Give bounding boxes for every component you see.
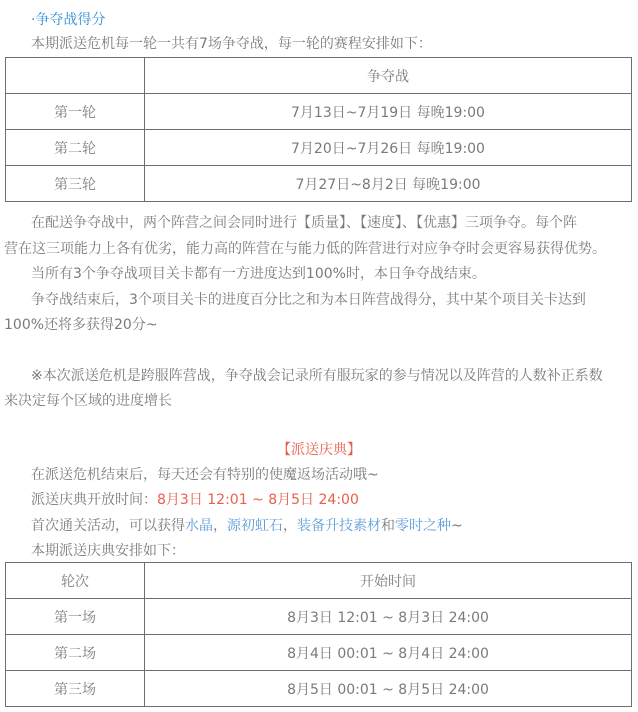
note-line: ※本次派送危机是跨服阵营战，争夺战会记录所有服玩家的参与情况以及阵营的人数补正系… <box>31 366 603 386</box>
open-time-label: 派送庆典开放时间： <box>31 492 157 508</box>
time-cell: 7月27日~8月2日 每晚19:00 <box>145 166 632 202</box>
celebration-intro: 在派送危机结束后，每天还会有特别的使魔返场活动哦~ <box>31 465 379 485</box>
paragraph-line: 当所有3个争夺战项目关卡都有一方进度达到100%时，本日争夺战结束。 <box>31 264 486 284</box>
intro-text: 本期派送危机每一轮一共有7场争夺战，每一轮的赛程安排如下： <box>31 34 432 54</box>
time-cell: 8月3日 12:01 ~ 8月3日 24:00 <box>145 599 632 635</box>
table-row: 第二场 8月4日 00:01 ~ 8月4日 24:00 <box>6 635 632 671</box>
table-row: 第三轮 7月27日~8月2日 每晚19:00 <box>6 166 632 202</box>
paragraph-line: 100%还将多获得20分~ <box>4 315 158 335</box>
section-title-score: ·争夺战得分 <box>31 10 105 30</box>
celebration-schedule-table: 轮次 开始时间 第一场 8月3日 12:01 ~ 8月3日 24:00 第二场 … <box>5 562 632 707</box>
table-header-row: 轮次 开始时间 <box>6 563 632 599</box>
paragraph-line: 营在这三项能力上各有优劣，能力高的阵营在与能力低的阵营进行对应争夺时会更容易获得… <box>4 239 606 259</box>
table-row: 第二轮 7月20日~7月26日 每晚19:00 <box>6 130 632 166</box>
time-cell: 7月13日~7月19日 每晚19:00 <box>145 94 632 130</box>
reward-zero-seed-link[interactable]: 零时之种 <box>395 518 451 534</box>
reward-crystal-link[interactable]: 水晶 <box>185 518 213 534</box>
table-row: 第三场 8月5日 00:01 ~ 8月5日 24:00 <box>6 671 632 707</box>
table-row: 第一场 8月3日 12:01 ~ 8月3日 24:00 <box>6 599 632 635</box>
open-time-value: 8月3日 12:01 ~ 8月5日 24:00 <box>157 492 359 508</box>
paragraph-line: 在配送争夺战中，两个阵营之间会同时进行【质量】、【速度】、【优惠】三项争夺。每个… <box>31 213 577 233</box>
schedule-intro: 本期派送庆典安排如下： <box>31 541 185 561</box>
note-line: 来决定每个区域的进度增长 <box>4 391 172 411</box>
time-cell: 7月20日~7月26日 每晚19:00 <box>145 130 632 166</box>
table-header-row: 争夺战 <box>6 58 632 94</box>
session-cell: 第三场 <box>6 671 145 707</box>
session-cell: 第二场 <box>6 635 145 671</box>
header-cell: 轮次 <box>6 563 145 599</box>
rewards-suffix: ~ <box>451 518 463 534</box>
header-cell: 开始时间 <box>145 563 632 599</box>
reward-origin-stone-link[interactable]: 源初虹石 <box>227 518 283 534</box>
rewards-prefix: 首次通关活动，可以获得 <box>31 518 185 534</box>
time-cell: 8月5日 00:01 ~ 8月5日 24:00 <box>145 671 632 707</box>
battle-schedule-table: 争夺战 第一轮 7月13日~7月19日 每晚19:00 第二轮 7月20日~7月… <box>5 57 632 202</box>
open-time-line: 派送庆典开放时间：8月3日 12:01 ~ 8月5日 24:00 <box>31 490 359 510</box>
time-cell: 8月4日 00:01 ~ 8月4日 24:00 <box>145 635 632 671</box>
section-title-celebration: 【派送庆典】 <box>0 440 638 460</box>
separator: ， <box>213 518 227 534</box>
paragraph-line: 争夺战结束后，3个项目关卡的进度百分比之和为本日阵营战得分，其中某个项目关卡达到 <box>31 290 586 310</box>
header-cell: 争夺战 <box>145 58 632 94</box>
rewards-line: 首次通关活动，可以获得水晶，源初虹石，装备升技素材和零时之种~ <box>31 516 463 536</box>
header-cell <box>6 58 145 94</box>
reward-upgrade-material-link[interactable]: 装备升技素材 <box>297 518 381 534</box>
round-cell: 第一轮 <box>6 94 145 130</box>
session-cell: 第一场 <box>6 599 145 635</box>
round-cell: 第三轮 <box>6 166 145 202</box>
round-cell: 第二轮 <box>6 130 145 166</box>
separator: ， <box>283 518 297 534</box>
separator: 和 <box>381 518 395 534</box>
table-row: 第一轮 7月13日~7月19日 每晚19:00 <box>6 94 632 130</box>
